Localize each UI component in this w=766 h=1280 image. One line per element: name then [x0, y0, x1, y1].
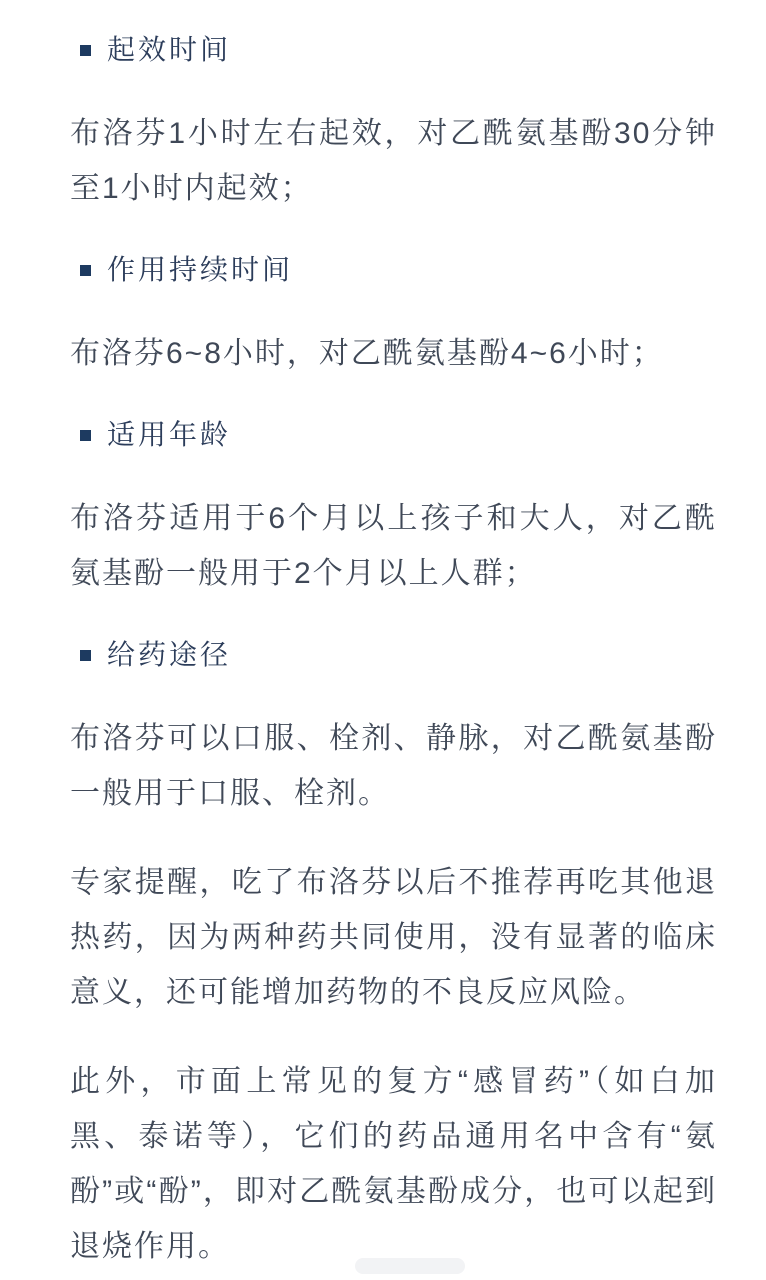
section-header-label: 给药途径	[107, 635, 231, 675]
bullet-square-icon	[80, 430, 91, 441]
body-paragraph: 布洛芬6~8小时，对乙酰氨基酚4~6小时；	[70, 326, 717, 381]
bullet-square-icon	[80, 45, 91, 56]
bullet-square-icon	[80, 265, 91, 276]
body-paragraph: 专家提醒，吃了布洛芬以后不推荐再吃其他退热药，因为两种药共同使用，没有显著的临床…	[70, 855, 717, 1020]
section-header-label: 起效时间	[107, 30, 231, 70]
bullet-square-icon	[80, 650, 91, 661]
body-paragraph: 布洛芬可以口服、栓剂、静脉，对乙酰氨基酚一般用于口服、栓剂。	[70, 711, 717, 821]
section-header: 适用年龄	[80, 415, 717, 455]
section-header: 作用持续时间	[80, 250, 717, 290]
body-paragraph: 布洛芬1小时左右起效，对乙酰氨基酚30分钟至1小时内起效；	[70, 106, 717, 216]
section-header-label: 适用年龄	[107, 415, 231, 455]
body-paragraph: 布洛芬适用于6个月以上孩子和大人，对乙酰氨基酚一般用于2个月以上人群；	[70, 491, 717, 601]
body-paragraph: 此外，市面上常见的复方“感冒药”（如白加黑、泰诺等），它们的药品通用名中含有“氨…	[70, 1054, 717, 1274]
section-header-label: 作用持续时间	[107, 250, 293, 290]
section-header: 起效时间	[80, 30, 717, 70]
cropped-next-element-hint	[355, 1258, 465, 1274]
section-header: 给药途径	[80, 635, 717, 675]
article-body: 起效时间布洛芬1小时左右起效，对乙酰氨基酚30分钟至1小时内起效；作用持续时间布…	[0, 0, 766, 1280]
